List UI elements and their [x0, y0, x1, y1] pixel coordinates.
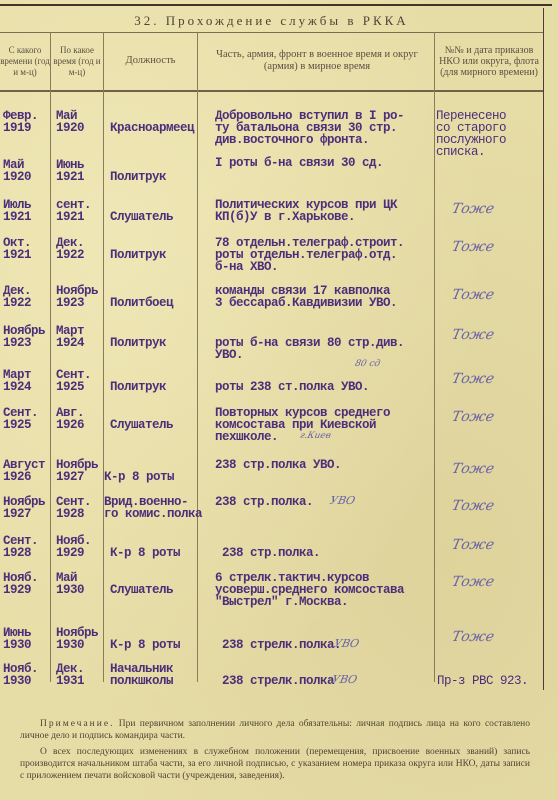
- cell-from: Ноябрь 1927: [3, 496, 45, 520]
- cell-to: Авг. 1926: [56, 407, 84, 431]
- cell-position: Политрук: [110, 249, 166, 261]
- cell-from: Ноябрь 1923: [3, 325, 45, 349]
- cell-position: Красноармеец: [110, 122, 194, 134]
- cell-to: Май 1930: [56, 572, 84, 596]
- cell-unit: 78 отдельн.телеграф.строит. роты отдельн…: [215, 237, 404, 273]
- footnote-1: Примечание. При первичном заполнении лич…: [20, 718, 530, 742]
- cell-position: Слушатель: [110, 419, 173, 431]
- cell-unit: роты 238 ст.полка УВО.: [215, 381, 369, 393]
- section-title: 32. Прохождение службы в РККА: [0, 13, 543, 29]
- cell-position: К-р 8 роты: [110, 639, 180, 651]
- cell-position: Врид.военно- го комис.полка: [104, 496, 202, 520]
- col-divider-3: [197, 32, 198, 682]
- cell-unit: 238 стр.полка.: [215, 496, 313, 508]
- cell-unit-annotation: УВО: [331, 673, 359, 686]
- cell-from: Сент. 1925: [3, 407, 38, 431]
- cell-unit-annotation: УВО: [333, 637, 361, 650]
- col-divider-4: [434, 32, 435, 682]
- cell-orders-handwritten: Тоже: [450, 201, 495, 217]
- cell-orders-handwritten: Тоже: [450, 461, 495, 477]
- cell-from: Февр. 1919: [3, 110, 38, 134]
- cell-position: К-р 8 роты: [110, 547, 180, 559]
- header-divider: [0, 90, 543, 92]
- cell-to: Ноябрь 1930: [56, 627, 98, 651]
- header-from: С какого времени (год и м-ц): [0, 32, 50, 90]
- cell-unit-annotation: г.Киев: [299, 431, 332, 441]
- cell-to: Нояб. 1929: [56, 535, 91, 559]
- cell-position: Слушатель: [110, 584, 173, 596]
- cell-to: Дек. 1922: [56, 237, 84, 261]
- cell-to: Ноябрь 1927: [56, 459, 98, 483]
- cell-orders-handwritten: Тоже: [450, 327, 495, 343]
- cell-from: Нояб. 1930: [3, 663, 38, 687]
- cell-unit: 238 стрелк.полка: [222, 675, 334, 687]
- cell-orders: Пр-з РВС 923.: [437, 675, 528, 687]
- cell-orders: Перенесено со старого послужного списка.: [436, 110, 506, 158]
- cell-unit: 6 стрелк.тактич.курсов усоверш.среднего …: [215, 572, 404, 608]
- cell-to: Июнь 1921: [56, 159, 84, 183]
- cell-unit: I роты б-на связи 30 сд.: [215, 157, 383, 169]
- cell-orders-handwritten: Тоже: [450, 287, 495, 303]
- header-position: Должность: [104, 32, 197, 90]
- col-divider-2: [103, 32, 104, 682]
- cell-unit-annotation: УВО: [329, 494, 357, 507]
- cell-unit: команды связи 17 кавполка 3 бессараб.Кав…: [215, 285, 397, 309]
- cell-position: Политрук: [110, 171, 166, 183]
- cell-unit: 238 стр.полка.: [222, 547, 320, 559]
- cell-from: Май 1920: [3, 159, 31, 183]
- cell-unit: Политических курсов при ЦК КП(б)У в г.Ха…: [215, 199, 397, 223]
- cell-unit: Добровольно вступил в I ро- ту батальона…: [215, 110, 404, 146]
- cell-to: Ноябрь 1923: [56, 285, 98, 309]
- cell-from: Март 1924: [3, 369, 31, 393]
- cell-position: Слушатель: [110, 211, 173, 223]
- table-right-border: [543, 8, 544, 690]
- cell-unit: 238 стрелк.полка.: [222, 639, 341, 651]
- cell-unit-annotation: 80 сд: [354, 359, 381, 369]
- cell-position: Политрук: [110, 337, 166, 349]
- cell-from: Дек. 1922: [3, 285, 31, 309]
- header-to: По какое время (год и м-ц): [51, 32, 103, 90]
- cell-orders-handwritten: Тоже: [450, 409, 495, 425]
- cell-from: Нояб. 1929: [3, 572, 38, 596]
- cell-position: К-р 8 роты: [104, 471, 174, 483]
- col-divider-1: [50, 32, 51, 682]
- cell-position: Политбоец: [110, 297, 173, 309]
- cell-position: Политрук: [110, 381, 166, 393]
- footnote-2: О всех последующих изменениях в служебно…: [20, 746, 530, 782]
- header-unit: Часть, армия, фронт в военное время и ок…: [210, 32, 424, 90]
- cell-from: Сент. 1928: [3, 535, 38, 559]
- cell-from: Окт. 1921: [3, 237, 31, 261]
- cell-unit: роты б-на связи 80 стр.див. УВО.: [215, 337, 404, 361]
- cell-from: Август 1926: [3, 459, 45, 483]
- cell-orders-handwritten: Тоже: [450, 498, 495, 514]
- cell-position: Начальник полкшколы: [110, 663, 173, 687]
- cell-to: Сент. 1928: [56, 496, 91, 520]
- cell-to: Сент. 1925: [56, 369, 91, 393]
- cell-from: Июнь 1930: [3, 627, 31, 651]
- cell-orders-handwritten: Тоже: [450, 371, 495, 387]
- cell-to: Март 1924: [56, 325, 84, 349]
- cell-orders-handwritten: Тоже: [450, 629, 495, 645]
- cell-from: Июль 1921: [3, 199, 31, 223]
- cell-to: сент. 1921: [56, 199, 91, 223]
- cell-to: Дек. 1931: [56, 663, 84, 687]
- cell-orders-handwritten: Тоже: [450, 574, 495, 590]
- cell-orders-handwritten: Тоже: [450, 537, 495, 553]
- cell-to: Май 1920: [56, 110, 84, 134]
- cell-unit: 238 стр.полка УВО.: [215, 459, 341, 471]
- cell-orders-handwritten: Тоже: [450, 239, 495, 255]
- header-orders: №№ и дата приказов НКО или округа, флота…: [436, 32, 542, 90]
- footnote-label: Примечание.: [40, 719, 114, 729]
